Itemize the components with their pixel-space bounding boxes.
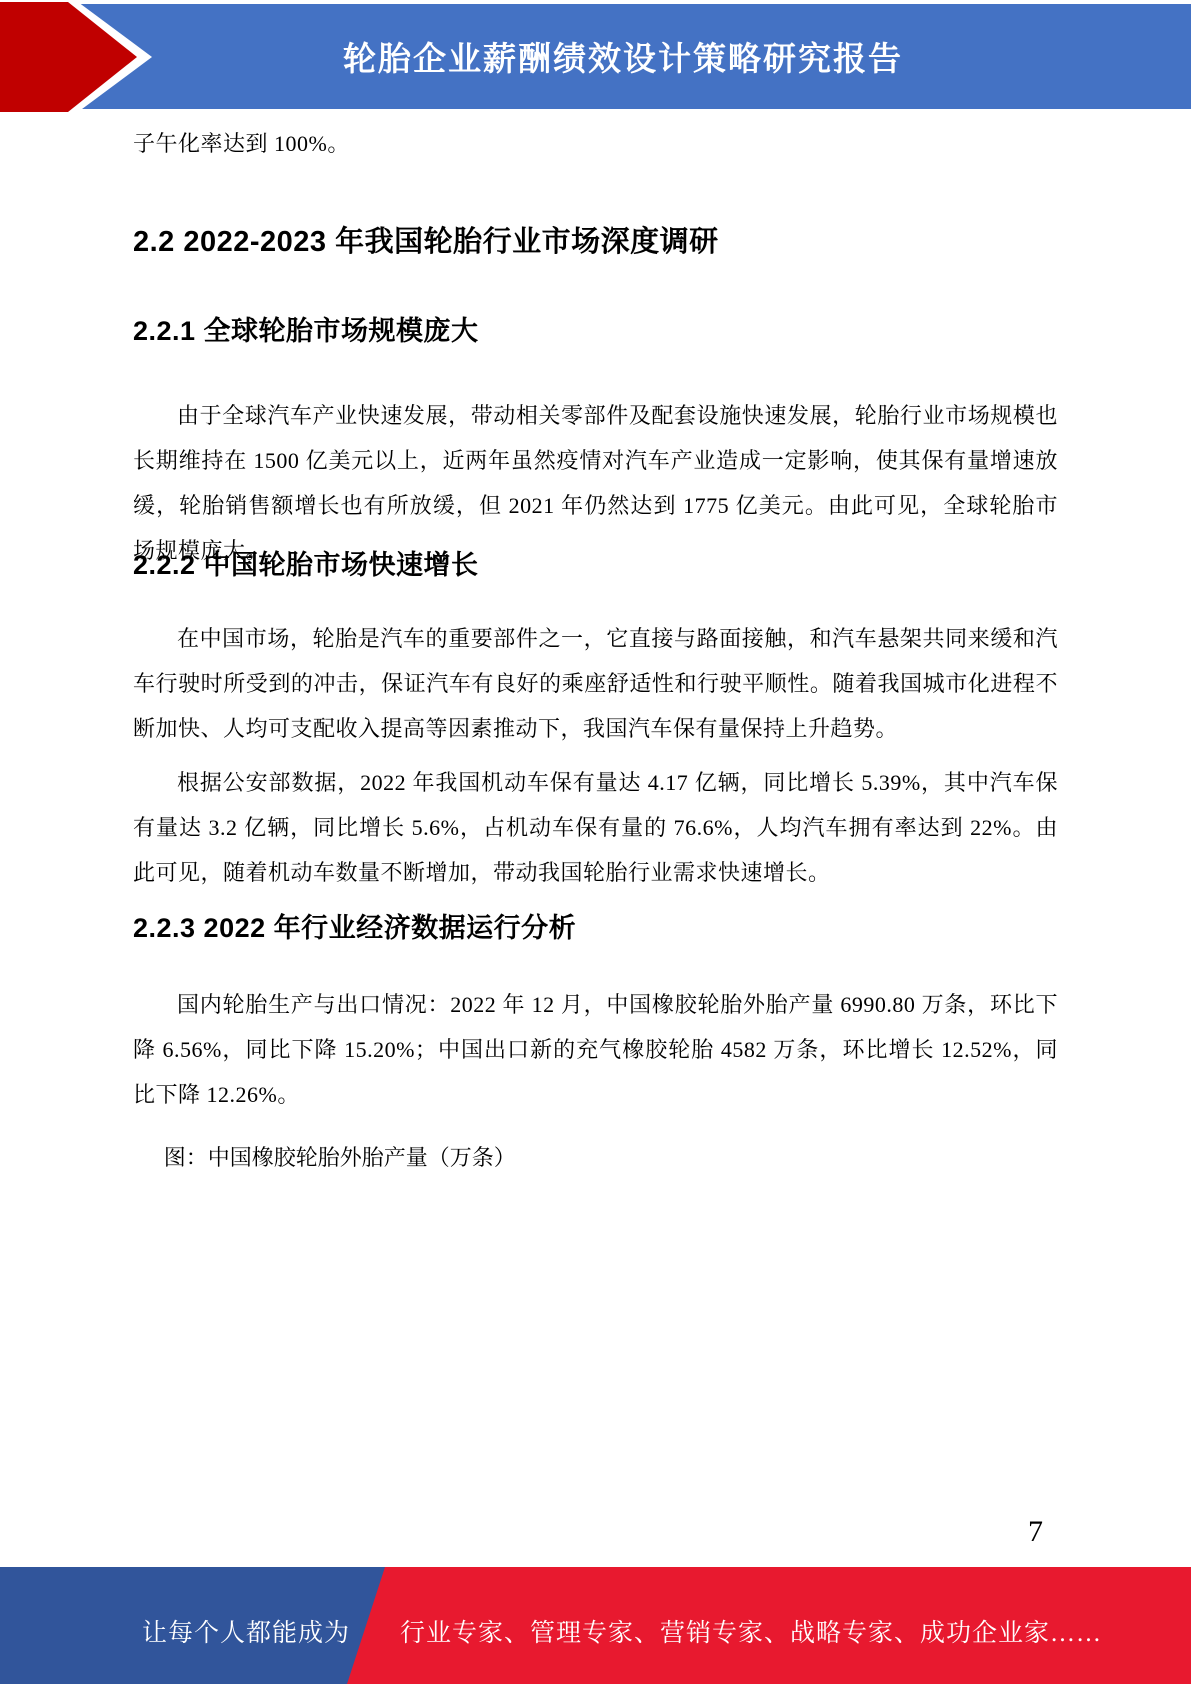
paragraph-china-tire-market-1: 在中国市场，轮胎是汽车的重要部件之一，它直接与路面接触，和汽车悬架共同来缓和汽车…	[133, 616, 1058, 751]
page-title: 轮胎企业薪酬绩效设计策略研究报告	[0, 4, 1191, 109]
footer-slogan-right: 行业专家、管理专家、营销专家、战略专家、成功企业家……	[400, 1613, 1102, 1649]
footer-banner: 让每个人都能成为 行业专家、管理专家、营销专家、战略专家、成功企业家……	[0, 1567, 1191, 1684]
section-heading-2-2-1: 2.2.1 全球轮胎市场规模庞大	[133, 312, 1058, 350]
page-number: 7	[1028, 1514, 1043, 1550]
paragraph-industry-economic-data: 国内轮胎生产与出口情况：2022 年 12 月，中国橡胶轮胎外胎产量 6990.…	[133, 982, 1058, 1117]
footer-slogan-left: 让每个人都能成为	[142, 1613, 350, 1649]
section-heading-2-2: 2.2 2022-2023 年我国轮胎行业市场深度调研	[133, 222, 1058, 262]
figure-caption: 图：中国橡胶轮胎外胎产量（万条）	[133, 1135, 1058, 1180]
paragraph-china-tire-market-2: 根据公安部数据，2022 年我国机动车保有量达 4.17 亿辆，同比增长 5.3…	[133, 760, 1058, 895]
section-heading-2-2-2: 2.2.2 中国轮胎市场快速增长	[133, 546, 1058, 584]
continuation-paragraph: 子午化率达到 100%。	[133, 121, 1058, 166]
report-page: { "header": { "title": "轮胎企业薪酬绩效设计策略研究报告…	[0, 0, 1191, 1684]
section-heading-2-2-3: 2.2.3 2022 年行业经济数据运行分析	[133, 909, 1058, 947]
